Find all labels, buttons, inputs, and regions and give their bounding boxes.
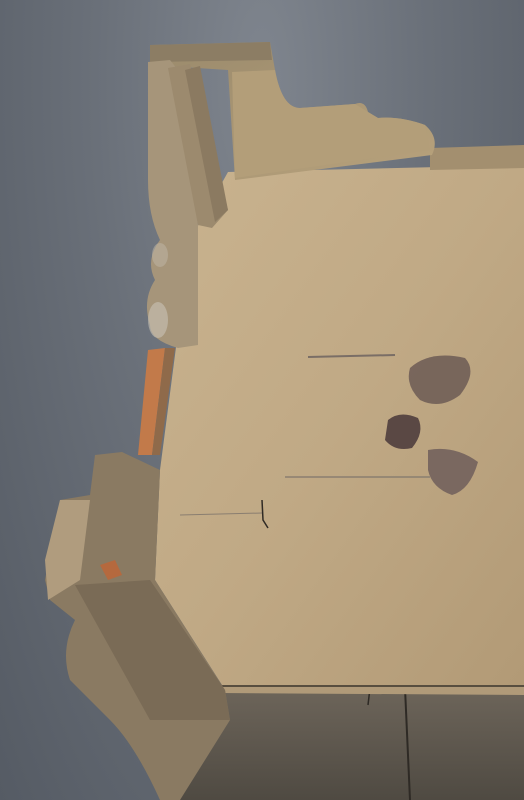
chest-illustration — [0, 0, 524, 800]
back-rail — [430, 145, 524, 170]
photo-scene — [0, 0, 524, 800]
top-surface — [155, 165, 524, 695]
